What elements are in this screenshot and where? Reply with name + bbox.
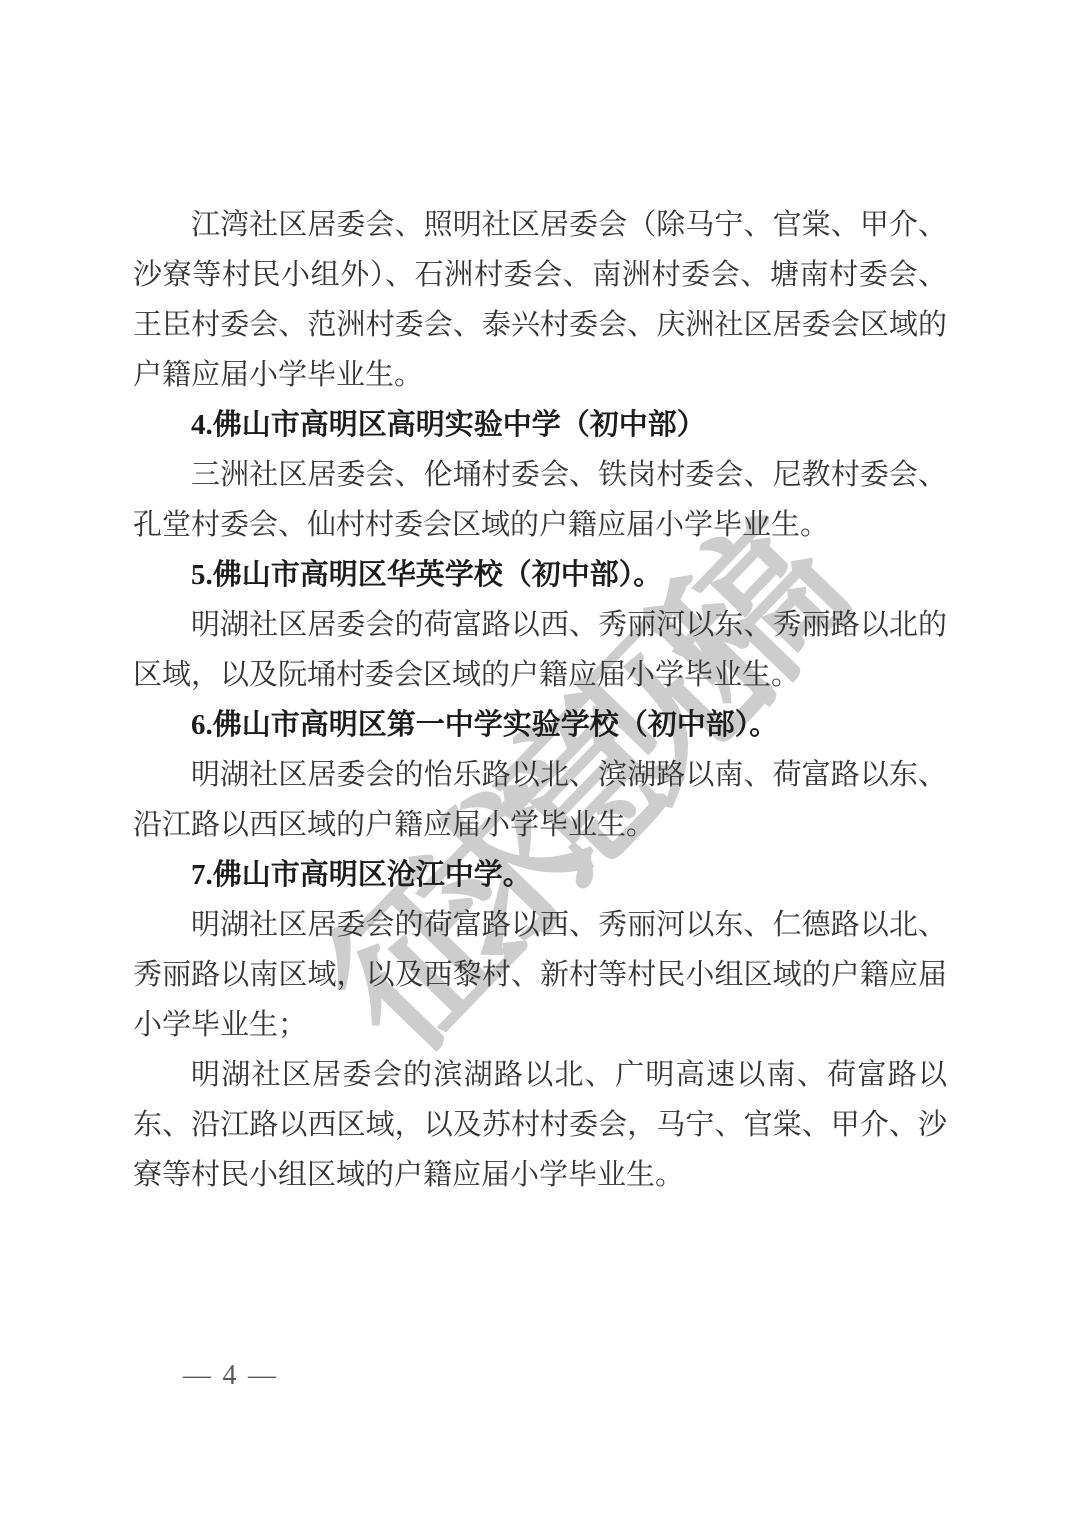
paragraph: 江湾社区居委会、照明社区居委会（除马宁、官棠、甲介、沙寮等村民小组外）、石洲村委… (133, 200, 947, 400)
section-heading: 4.佛山市高明区高明实验中学（初中部） (133, 400, 947, 450)
document-page: 征求意见稿 江湾社区居委会、照明社区居委会（除马宁、官棠、甲介、沙寮等村民小组外… (0, 0, 1080, 1527)
document-body: 江湾社区居委会、照明社区居委会（除马宁、官棠、甲介、沙寮等村民小组外）、石洲村委… (133, 200, 947, 1200)
paragraph: 明湖社区居委会的荷富路以西、秀丽河以东、仁德路以北、秀丽路以南区域，以及西黎村、… (133, 900, 947, 1050)
section-heading: 7.佛山市高明区沧江中学。 (133, 850, 947, 900)
paragraph: 三洲社区居委会、伦埇村委会、铁岗村委会、尼教村委会、孔堂村委会、仙村村委会区域的… (133, 450, 947, 550)
page-number: — 4 — (183, 1360, 278, 1392)
paragraph: 明湖社区居委会的滨湖路以北、广明高速以南、荷富路以东、沿江路以西区域，以及苏村村… (133, 1050, 947, 1200)
section-heading: 6.佛山市高明区第一中学实验学校（初中部）。 (133, 700, 947, 750)
paragraph: 明湖社区居委会的怡乐路以北、滨湖路以南、荷富路以东、沿江路以西区域的户籍应届小学… (133, 750, 947, 850)
section-heading: 5.佛山市高明区华英学校（初中部）。 (133, 550, 947, 600)
paragraph: 明湖社区居委会的荷富路以西、秀丽河以东、秀丽路以北的区域，以及阮埇村委会区域的户… (133, 600, 947, 700)
